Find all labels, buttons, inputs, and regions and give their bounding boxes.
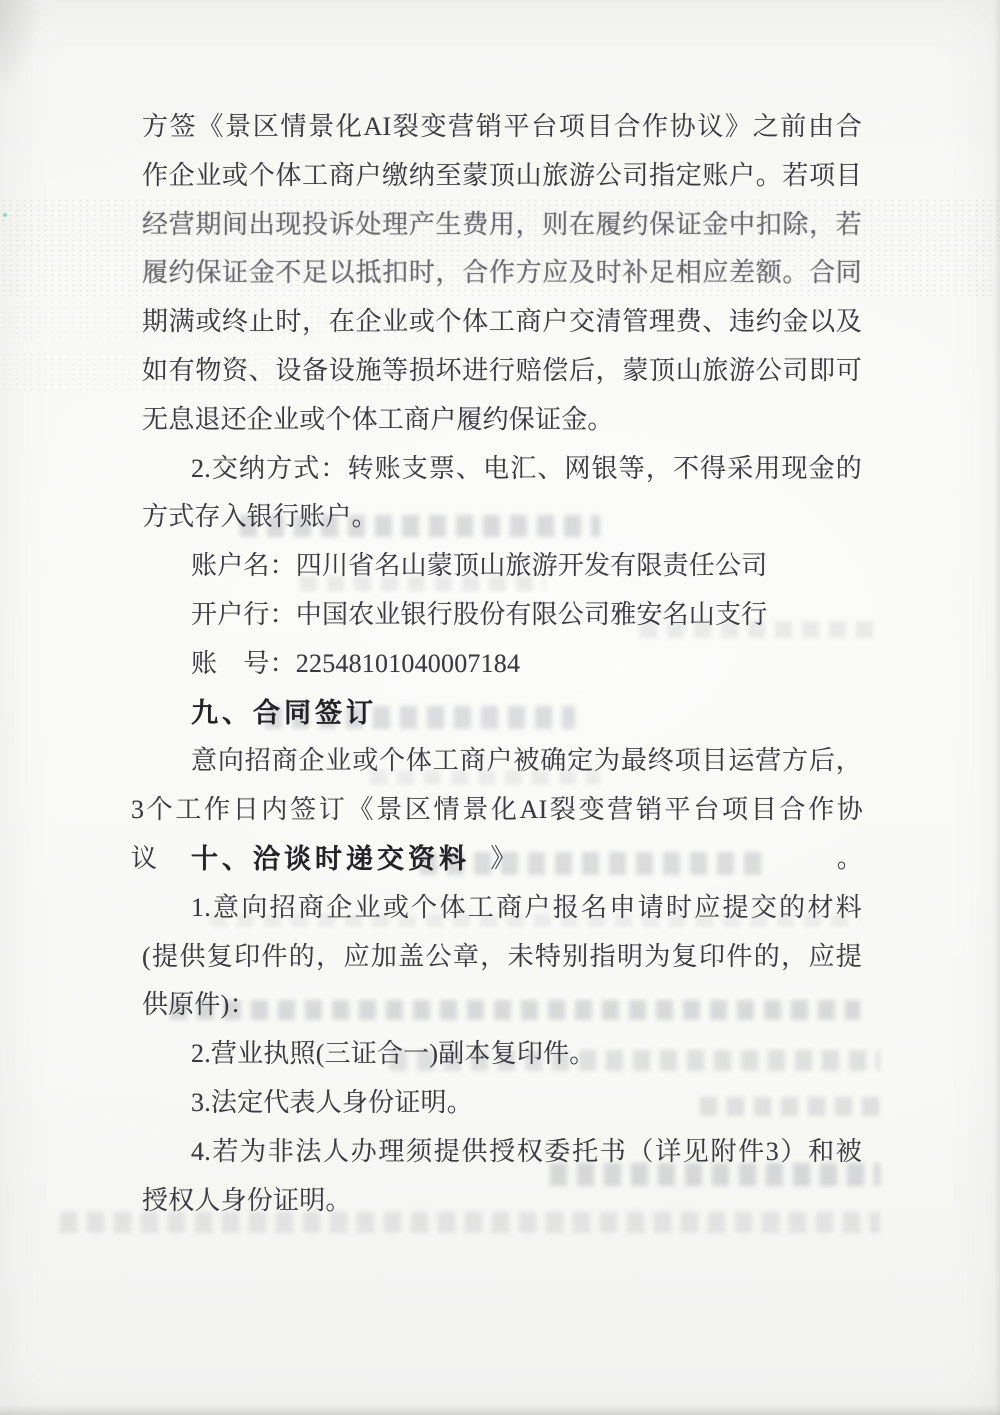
text-line: 3.法定代表人身份证明。: [142, 1079, 862, 1128]
scanned-page: 方签《景区情景化AI裂变营销平台项目合作协议》之前由合作企业或个体工商户缴纳至蒙…: [0, 0, 1000, 1415]
scanner-speck: [3, 213, 7, 217]
text-line: 无息退还企业或个体工商户履约保证金。: [142, 396, 862, 445]
text-line: 履约保证金不足以抵扣时，合作方应及时补足相应差额。合同: [142, 249, 862, 298]
text-line: 方签《景区情景化AI裂变营销平台项目合作协议》之前由合: [142, 103, 862, 152]
section-heading: 九、合同签订: [142, 689, 862, 738]
text-line: 2.营业执照(三证合一)副本复印件。: [142, 1030, 862, 1079]
text-line: (提供复印件的，应加盖公章，未特别指明为复印件的，应提: [142, 933, 862, 982]
text-line: 授权人身份证明。: [142, 1177, 862, 1226]
text-line: 作企业或个体工商户缴纳至蒙顶山旅游公司指定账户。若项目: [142, 152, 862, 201]
text-line: 2.交纳方式：转账支票、电汇、网银等，不得采用现金的: [142, 445, 862, 494]
text-line: 意向招商企业或个体工商户被确定为最终项目运营方后，: [142, 737, 862, 786]
text-line: 账户名：四川省名山蒙顶山旅游开发有限责任公司: [142, 542, 862, 591]
text-line: 账 号：22548101040007184: [142, 640, 862, 689]
text-line: 经营期间出现投诉处理产生费用，则在履约保证金中扣除，若: [142, 201, 862, 250]
text-line: 期满或终止时，在企业或个体工商户交清管理费、违约金以及: [142, 298, 862, 347]
scan-edge-right: [994, 0, 1000, 1415]
text-lines: 方签《景区情景化AI裂变营销平台项目合作协议》之前由合作企业或个体工商户缴纳至蒙…: [142, 103, 862, 1225]
scan-edge-bottom: [0, 1405, 1000, 1415]
text-line: 方式存入银行账户。: [142, 493, 862, 542]
text-line: 开户行：中国农业银行股份有限公司雅安名山支行: [142, 591, 862, 640]
text-line: 如有物资、设备设施等损坏进行赔偿后，蒙顶山旅游公司即可: [142, 347, 862, 396]
text-line: 4.若为非法人办理须提供授权委托书（详见附件3）和被: [142, 1128, 862, 1177]
text-line: 3个工作日内签订《景区情景化AI裂变营销平台项目合作协议》。: [131, 786, 863, 835]
text-line: 1.意向招商企业或个体工商户报名申请时应提交的材料: [142, 884, 862, 933]
text-line: 供原件)：: [142, 981, 862, 1030]
corner-smudge: [0, 0, 43, 102]
